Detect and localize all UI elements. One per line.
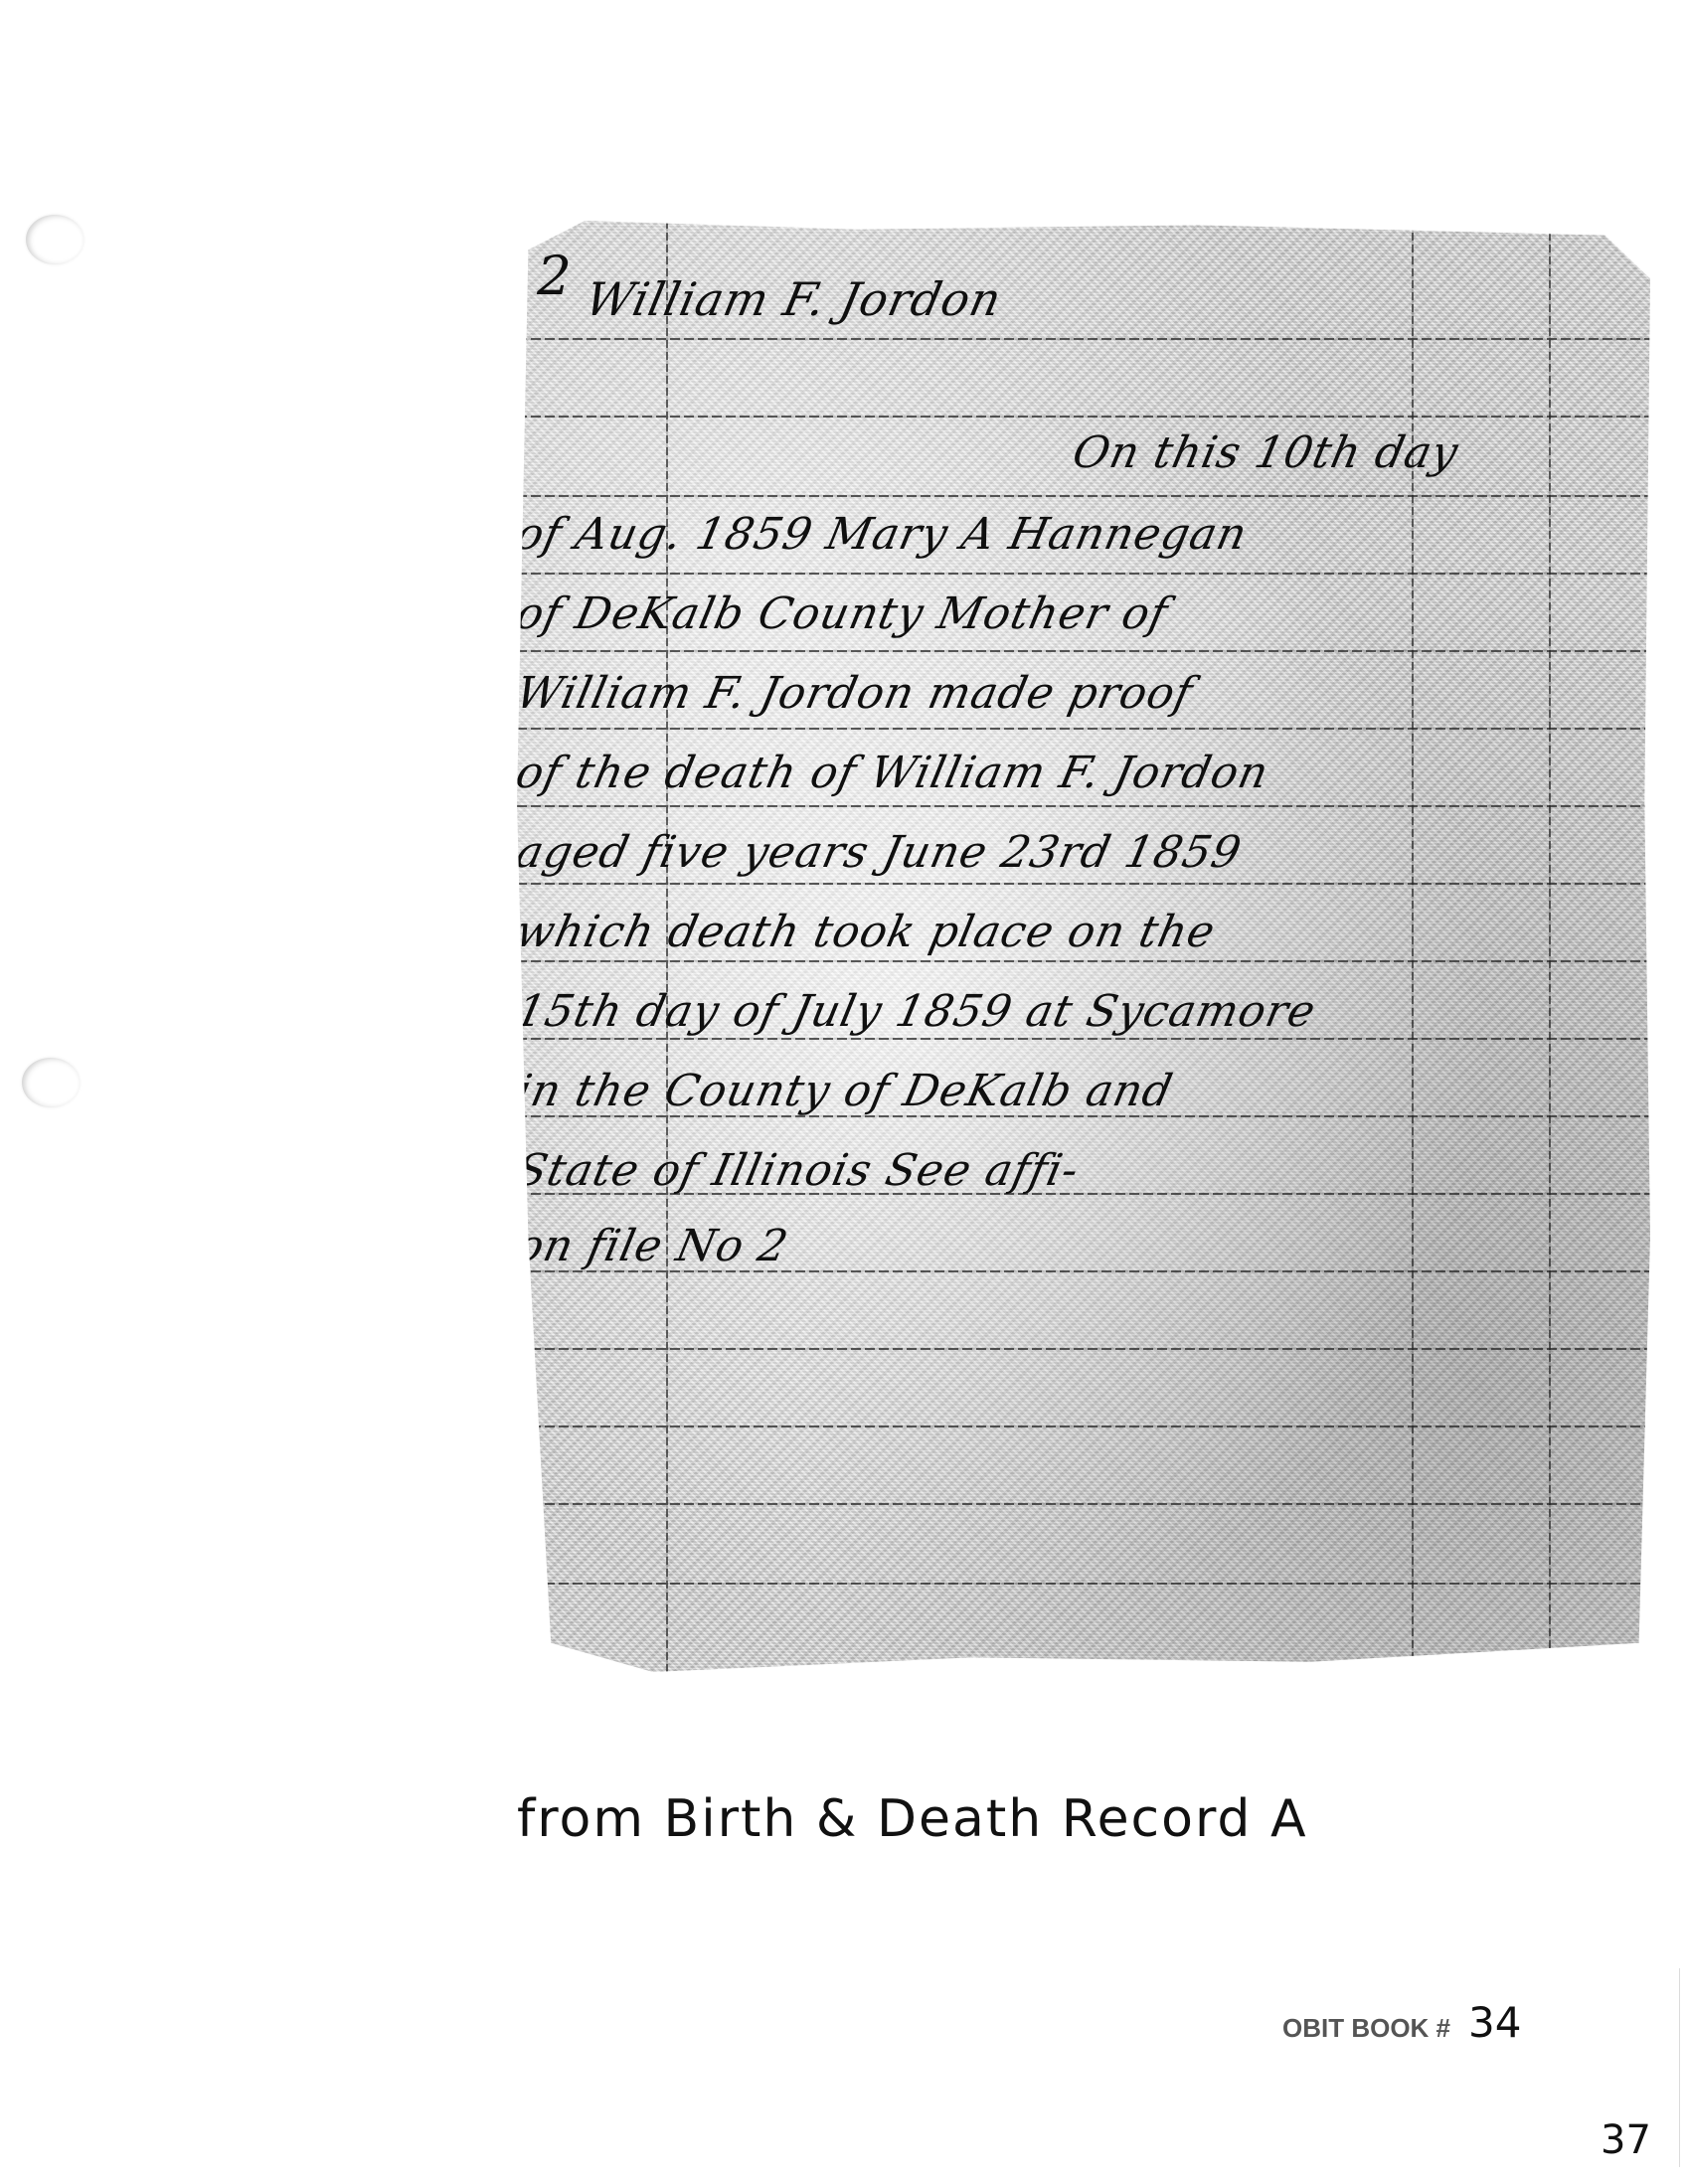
ruled-line bbox=[517, 495, 1650, 497]
record-line: William F. Jordon made proof bbox=[512, 668, 1198, 719]
page-number: 37 bbox=[1601, 2117, 1651, 2163]
record-line: State of Illinois See affi- bbox=[512, 1145, 1084, 1196]
record-line: aged five years June 23rd 1859 bbox=[512, 827, 1247, 878]
punch-hole-middle bbox=[22, 1058, 80, 1107]
ruled-line bbox=[517, 883, 1650, 885]
punch-hole-top bbox=[26, 215, 84, 264]
ruled-line bbox=[517, 650, 1650, 652]
record-line: which death took place on the bbox=[512, 907, 1221, 957]
stamp-label: OBIT BOOK # bbox=[1282, 2013, 1450, 2044]
column-line bbox=[1549, 221, 1551, 1672]
record-line: 15th day of July 1859 at Sycamore bbox=[512, 986, 1321, 1037]
ruled-line bbox=[517, 1503, 1650, 1505]
record-line: of Aug. 1859 Mary A Hannegan bbox=[512, 509, 1253, 560]
scan-edge bbox=[1679, 1968, 1680, 2167]
record-line: on file No 2 bbox=[512, 1221, 793, 1271]
scanned-ledger-page: 2 William F. Jordon On this 10th day of … bbox=[517, 221, 1650, 1672]
entry-number: 2 bbox=[530, 245, 579, 307]
ruled-line bbox=[517, 805, 1650, 807]
record-line: On this 10th day bbox=[1069, 427, 1463, 478]
ruled-line bbox=[517, 728, 1650, 730]
source-note: from Birth & Death Record A bbox=[517, 1789, 1308, 1849]
ruled-line bbox=[517, 573, 1650, 575]
record-line: of the death of William F. Jordon bbox=[512, 748, 1273, 798]
ruled-line bbox=[517, 1348, 1650, 1350]
record-line: of DeKalb County Mother of bbox=[512, 588, 1173, 639]
ruled-line bbox=[517, 960, 1650, 962]
ruled-line bbox=[517, 338, 1650, 340]
record-line: in the County of DeKalb and bbox=[512, 1066, 1178, 1116]
stamp-number: 34 bbox=[1468, 1998, 1521, 2047]
obit-book-stamp: OBIT BOOK # 34 bbox=[1282, 1998, 1521, 2047]
ruled-line bbox=[517, 1583, 1650, 1585]
ruled-line bbox=[517, 1426, 1650, 1428]
ruled-line bbox=[517, 1038, 1650, 1040]
entry-name: William F. Jordon bbox=[581, 272, 1006, 326]
ruled-line bbox=[517, 416, 1650, 418]
